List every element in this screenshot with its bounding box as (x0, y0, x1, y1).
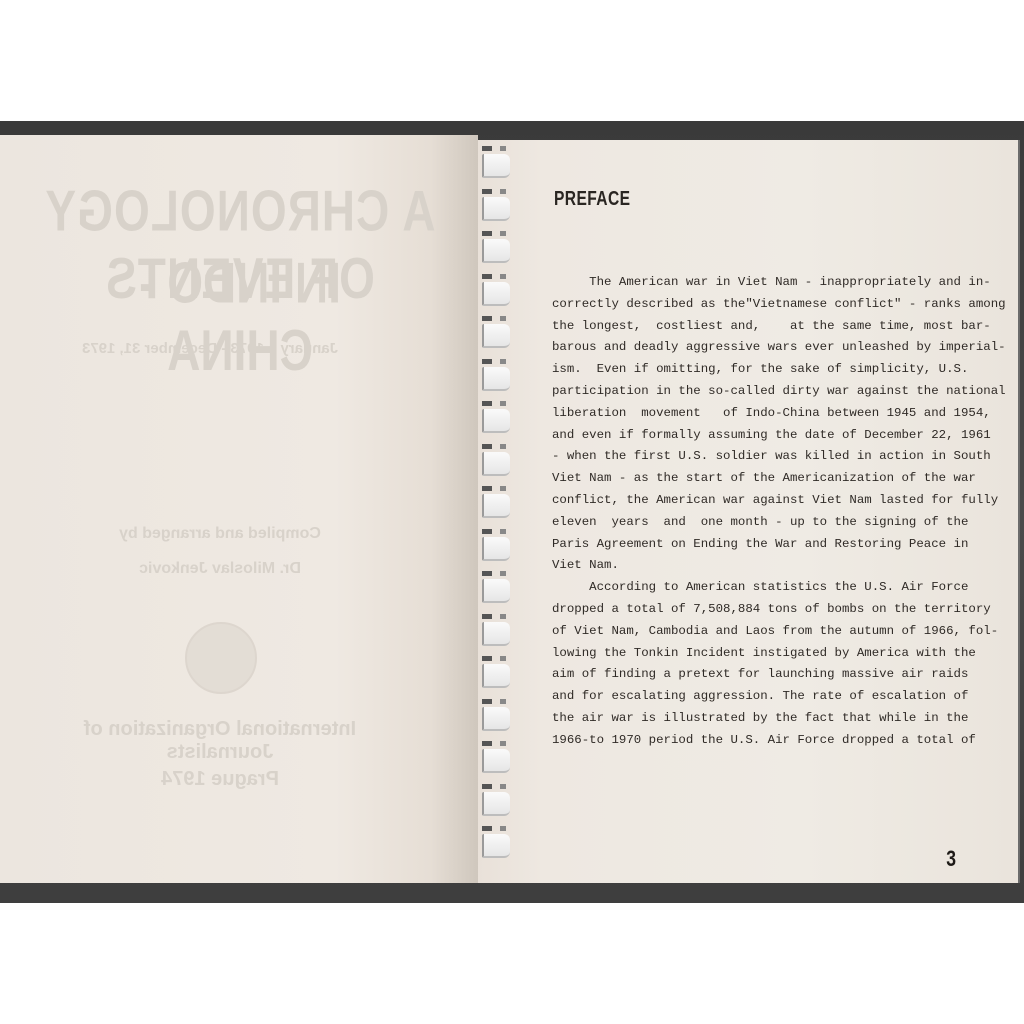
spiral-binding (478, 140, 514, 883)
text-line: the longest, costliest and, at the same … (552, 316, 972, 338)
spiral-coil-icon (482, 664, 510, 688)
spiral-coil-icon (482, 622, 510, 646)
text-line: - when the first U.S. soldier was killed… (552, 446, 972, 468)
spiral-coil-icon (482, 494, 510, 518)
text-line: aim of finding a pretext for launching m… (552, 664, 972, 686)
text-line: participation in the so-called dirty war… (552, 381, 972, 403)
spiral-coil-icon (482, 409, 510, 433)
spiral-coil-icon (482, 537, 510, 561)
bleed-through-logo-icon (185, 622, 257, 694)
bleed-through-author: Dr. Miloslav Jenkovic (100, 560, 340, 578)
spiral-coil-icon (482, 282, 510, 306)
spiral-coil-icon (482, 792, 510, 816)
spiral-coil-icon (482, 707, 510, 731)
spiral-coil-icon (482, 154, 510, 178)
text-line: Paris Agreement on Ending the War and Re… (552, 534, 972, 556)
preface-body: The American war in Viet Nam - inappropr… (552, 272, 972, 752)
spiral-coil-icon (482, 579, 510, 603)
text-line: the air war is illustrated by the fact t… (552, 708, 972, 730)
text-line: eleven years and one month - up to the s… (552, 512, 972, 534)
text-line: barous and deadly aggressive wars ever u… (552, 337, 972, 359)
spiral-coil-icon (482, 367, 510, 391)
bleed-through-city-year: Prague 1974 (130, 768, 310, 791)
page-heading: PREFACE (554, 188, 630, 211)
text-line: dropped a total of 7,508,884 tons of bom… (552, 599, 972, 621)
text-line: 1966-to 1970 period the U.S. Air Force d… (552, 730, 972, 752)
spiral-coil-icon (482, 239, 510, 263)
bleed-through-date-range: January 1 1973 - December 31, 1973 (50, 340, 370, 357)
spiral-coil-icon (482, 452, 510, 476)
text-line: and for escalating aggression. The rate … (552, 686, 972, 708)
text-line: Viet Nam. (552, 555, 972, 577)
text-line: correctly described as the"Vietnamese co… (552, 294, 972, 316)
text-line: ism. Even if omitting, for the sake of s… (552, 359, 972, 381)
text-line: of Viet Nam, Cambodia and Laos from the … (552, 621, 972, 643)
spiral-coil-icon (482, 324, 510, 348)
text-line: lowing the Tonkin Incident instigated by… (552, 643, 972, 665)
page-number: 3 (946, 846, 956, 872)
text-line: The American war in Viet Nam - inappropr… (552, 272, 972, 294)
text-line: liberation movement of Indo-China betwee… (552, 403, 972, 425)
spiral-coil-icon (482, 749, 510, 773)
bleed-through-compiled-by: Compiled and arranged by (100, 525, 340, 543)
text-line: and even if formally assuming the date o… (552, 425, 972, 447)
text-line: conflict, the American war against Viet … (552, 490, 972, 512)
text-line: Viet Nam - as the start of the Americani… (552, 468, 972, 490)
spiral-coil-icon (482, 834, 510, 858)
spiral-coil-icon (482, 197, 510, 221)
bleed-through-title-line2: IN INDO - CHINA (70, 249, 410, 384)
text-line: According to American statistics the U.S… (552, 577, 972, 599)
bleed-through-organization: International Organization of Journalist… (30, 718, 410, 764)
